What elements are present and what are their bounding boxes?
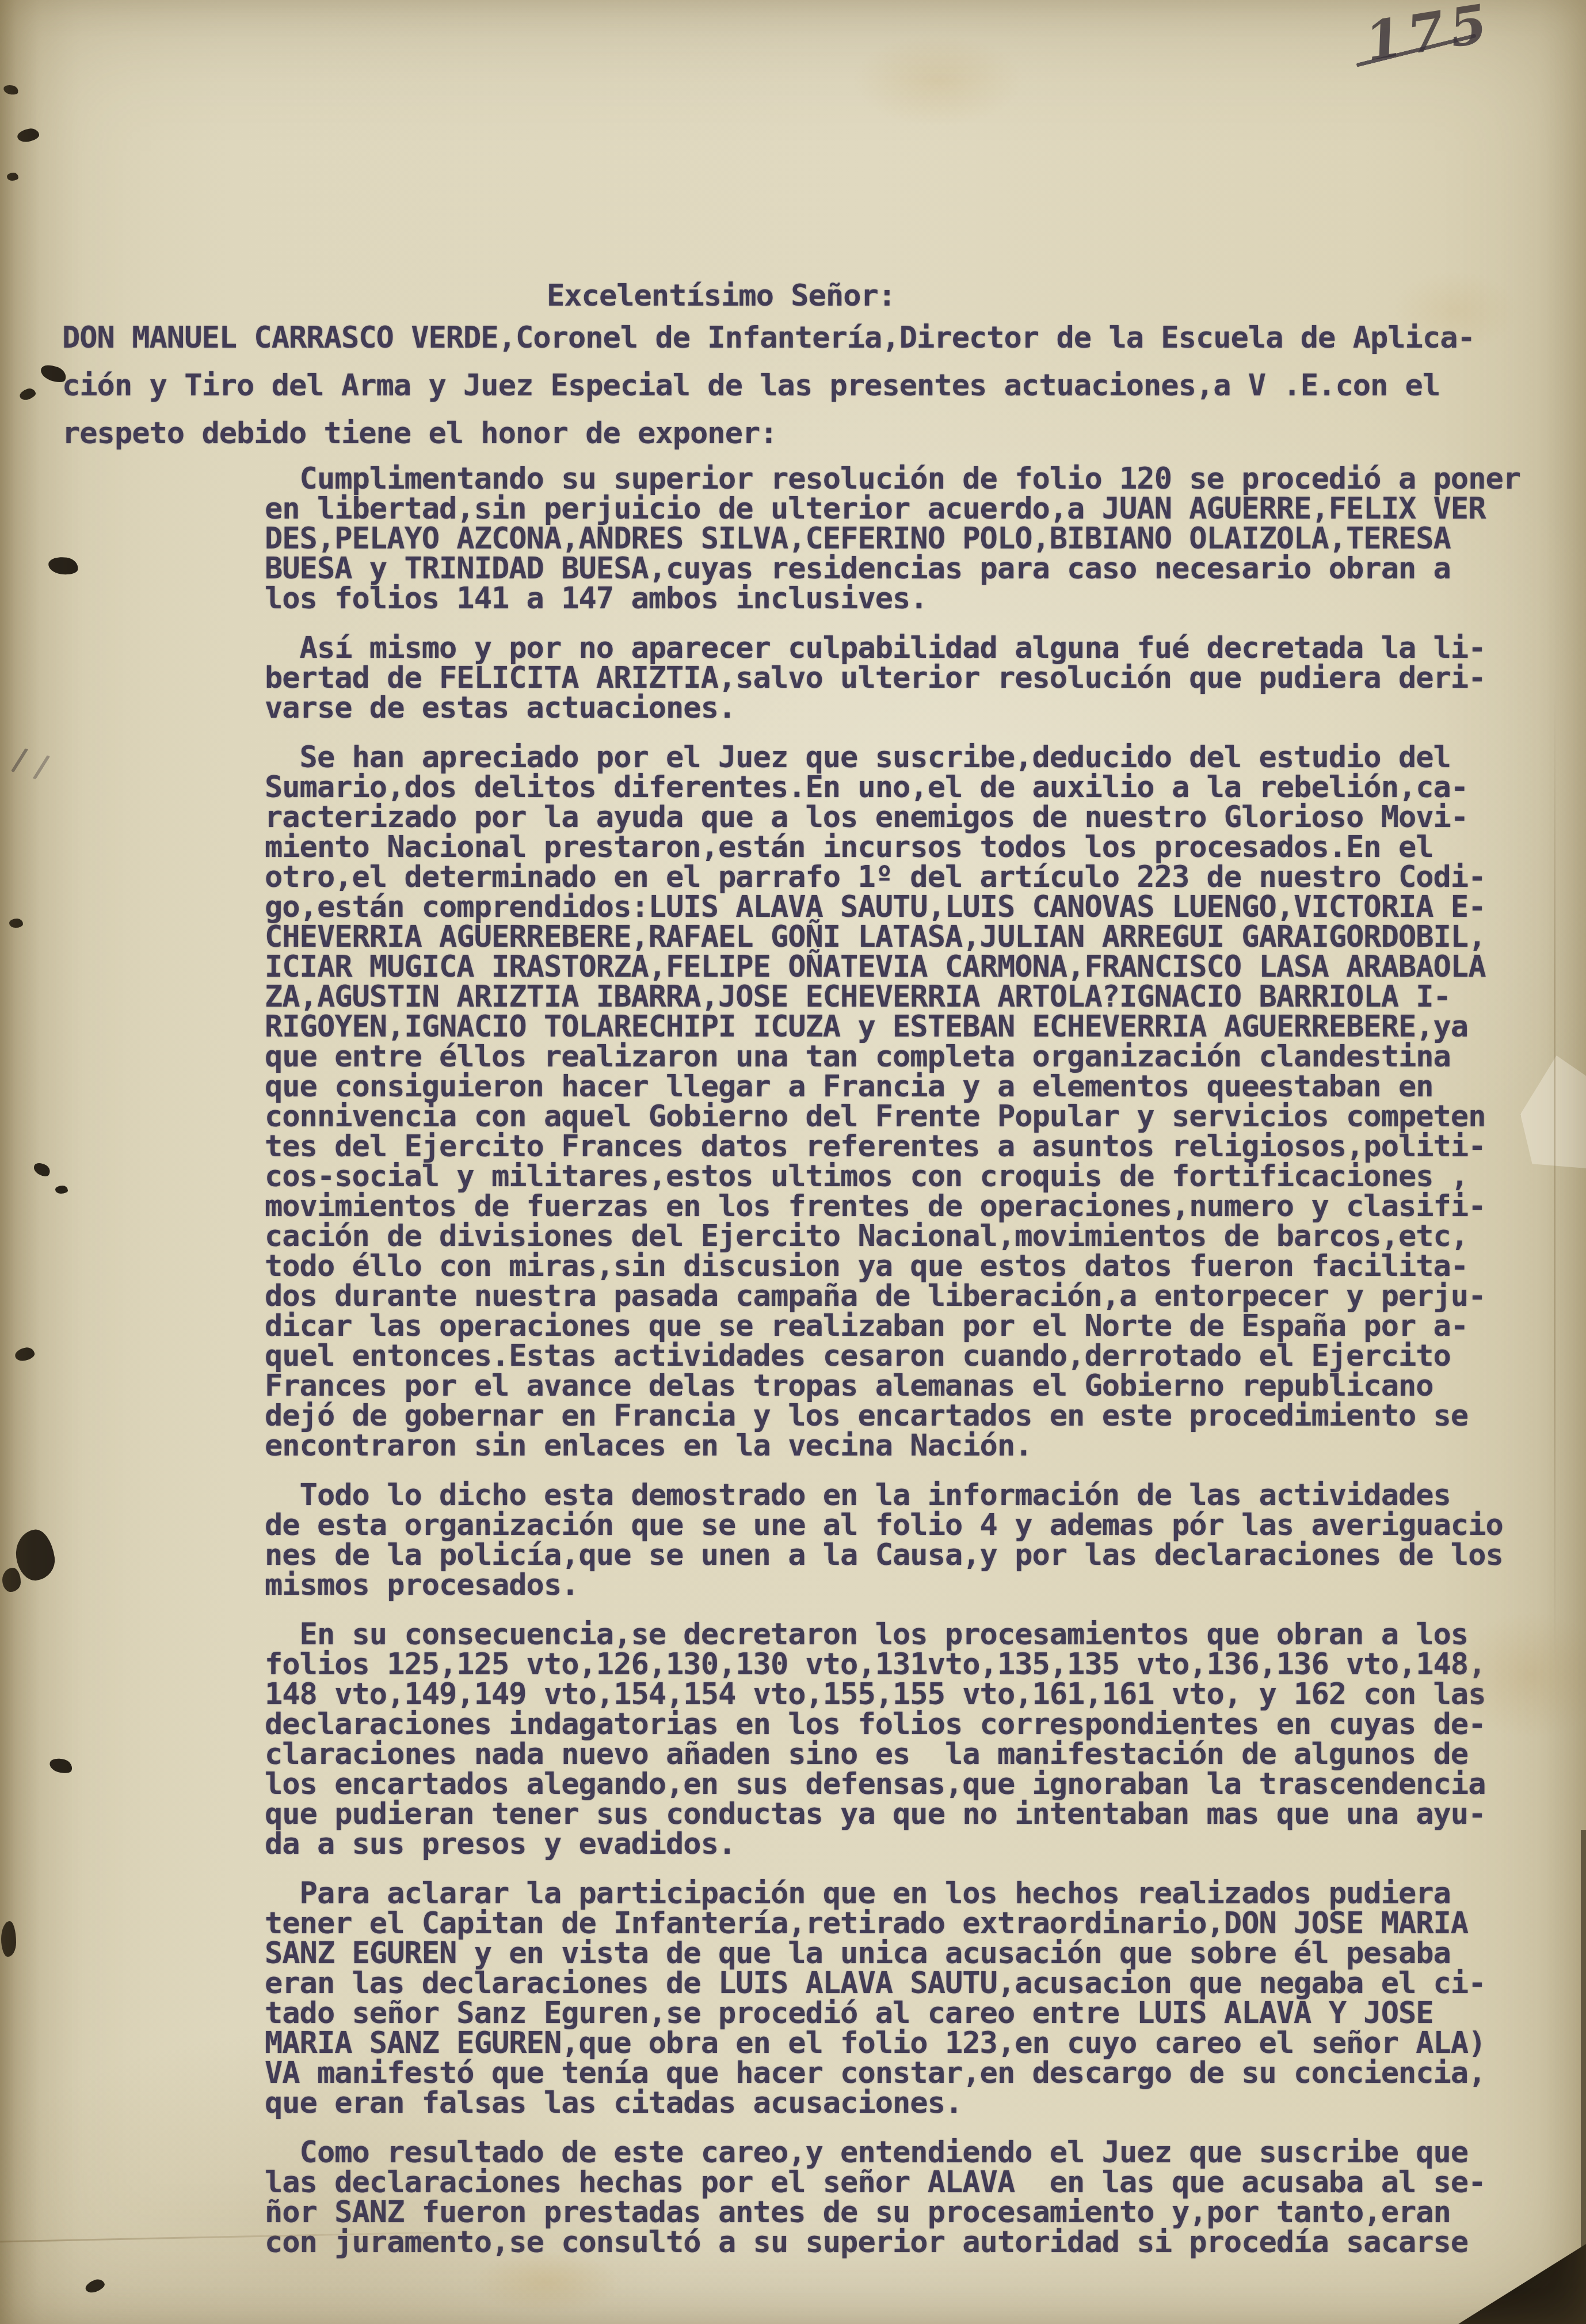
paper-hole	[55, 1186, 68, 1194]
paper-tear	[2, 1568, 21, 1592]
document-page: 175 Excelentísimo Señor: DON MANUEL CARR…	[0, 0, 1586, 2324]
paragraph-evidence: Todo lo dicho esta demostrado en la info…	[265, 1480, 1520, 1600]
paragraph-felicita-ariztia: Así mismo y por no aparecer culpabilidad…	[265, 633, 1520, 723]
paper-hole	[9, 919, 23, 928]
paper-hole	[48, 1756, 74, 1776]
paragraph-indictments: En su consecuencia,se decretaron los pro…	[265, 1620, 1520, 1859]
paper-hole	[32, 1160, 52, 1179]
paragraph-release-order: Cumplimentando su superior resolución de…	[265, 464, 1520, 614]
paragraph-two-crimes: Se han apreciado por el Juez que suscrib…	[265, 742, 1520, 1461]
handwritten-page-number: 175	[1361, 0, 1497, 73]
paper-tear	[1, 1921, 16, 1957]
document-header: DON MANUEL CARRASCO VERDE,Coronel de Inf…	[62, 314, 1475, 458]
paper-hole	[18, 387, 37, 402]
paper-stain	[852, 35, 1024, 127]
paper-hole	[7, 173, 18, 181]
torn-edge-flap	[1520, 1056, 1586, 1168]
paper-hole	[84, 2277, 106, 2295]
vertical-crease	[1554, 691, 1555, 1669]
paper-hole	[16, 127, 40, 143]
paper-hole	[2, 83, 19, 96]
paper-hole	[14, 1346, 36, 1363]
paragraph-sanz-eguren: Para aclarar la participación que en los…	[265, 1879, 1520, 2118]
salutation-line: Excelentísimo Señor:	[547, 280, 895, 312]
paper-hole	[47, 555, 79, 577]
pencil-check-mark	[11, 748, 51, 779]
document-body: Cumplimentando su superior resolución de…	[265, 464, 1520, 2277]
paragraph-careo-result: Como resultado de este careo,y entendien…	[265, 2138, 1520, 2257]
